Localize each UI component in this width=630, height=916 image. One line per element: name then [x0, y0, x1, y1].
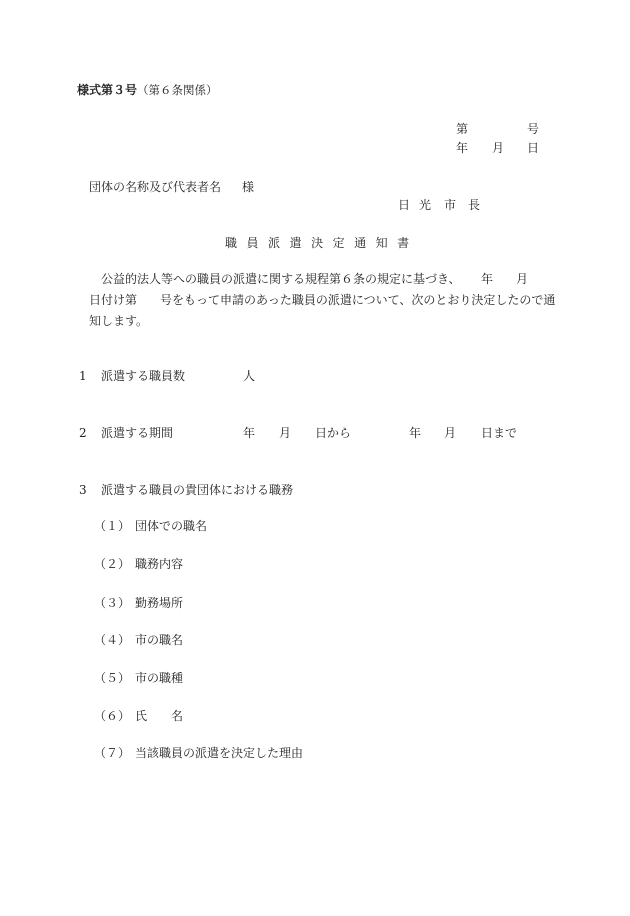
subitem-2-label: 職務内容 [135, 558, 183, 570]
body-line-3: 知します。 [89, 315, 148, 327]
title-char: 通 [354, 237, 366, 249]
subitem-4-label: 市の職名 [135, 634, 183, 646]
item-2-from-day: 日から [315, 427, 351, 439]
body-line-2b: 号をもって申請のあった職員の派遣について、次のとおり決定したので通 [160, 294, 555, 306]
title-char: 派 [268, 237, 280, 249]
honorific: 様 [242, 181, 254, 193]
sender-char-2: 光 [419, 199, 431, 211]
sender-char-1: 日 [398, 199, 410, 211]
subitem-5-number: （５） [94, 672, 130, 684]
body-line-1: 公益的法人等への職員の派遣に関する規程第６条の規定に基づき、 [101, 273, 461, 285]
ref-go: 号 [527, 123, 539, 135]
date-year: 年 [456, 142, 468, 154]
item-2-from-year: 年 [243, 427, 255, 439]
addressee: 団体の名称及び代表者名 [89, 181, 221, 193]
subitem-3-label: 勤務場所 [135, 597, 183, 609]
body-year: 年 [481, 273, 493, 285]
subitem-2-number: （２） [94, 558, 130, 570]
item-2-to-year: 年 [409, 427, 421, 439]
date-day: 日 [527, 142, 539, 154]
item-2-to-day: 日まで [481, 427, 517, 439]
subitem-6-label-b: 名 [171, 710, 183, 722]
form-relation: （第６条関係） [137, 83, 218, 97]
subitem-1-label: 団体での職名 [135, 520, 207, 532]
subitem-6-label-a: 氏 [135, 710, 147, 722]
title-char: 知 [376, 237, 388, 249]
item-3-number: 3 [79, 484, 87, 496]
sender-char-3: 市 [444, 199, 456, 211]
item-3-label: 派遣する職員の貴団体における職務 [101, 484, 293, 496]
item-1-number: 1 [79, 370, 87, 382]
title-char: 職 [225, 237, 237, 249]
form-identifier: 様式第３号（第６条関係） [77, 84, 218, 97]
sender-char-4: 長 [468, 199, 480, 211]
subitem-7-label: 当該職員の派遣を決定した理由 [135, 747, 303, 759]
item-2-from-month: 月 [279, 427, 291, 439]
body-month: 月 [516, 273, 528, 285]
title-char: 書 [397, 237, 409, 249]
title-char: 定 [333, 237, 345, 249]
subitem-4-number: （４） [94, 634, 130, 646]
ref-dai: 第 [456, 123, 468, 135]
subitem-7-number: （７） [94, 747, 130, 759]
item-1-unit: 人 [243, 370, 255, 382]
item-2-label: 派遣する期間 [101, 427, 173, 439]
item-2-to-month: 月 [444, 427, 456, 439]
document-title: 職員派遣決定通知書 [225, 237, 419, 249]
title-char: 決 [311, 237, 323, 249]
subitem-1-number: （１） [94, 520, 130, 532]
subitem-6-number: （６） [94, 710, 130, 722]
title-char: 員 [247, 237, 259, 249]
item-2-number: 2 [79, 427, 87, 439]
item-1-label: 派遣する職員数 [101, 370, 185, 382]
body-line-2a: 日付け第 [89, 294, 137, 306]
title-char: 遣 [290, 237, 302, 249]
form-number: 様式第３号 [77, 83, 137, 97]
subitem-3-number: （３） [94, 597, 130, 609]
subitem-5-label: 市の職種 [135, 672, 183, 684]
date-month: 月 [492, 142, 504, 154]
